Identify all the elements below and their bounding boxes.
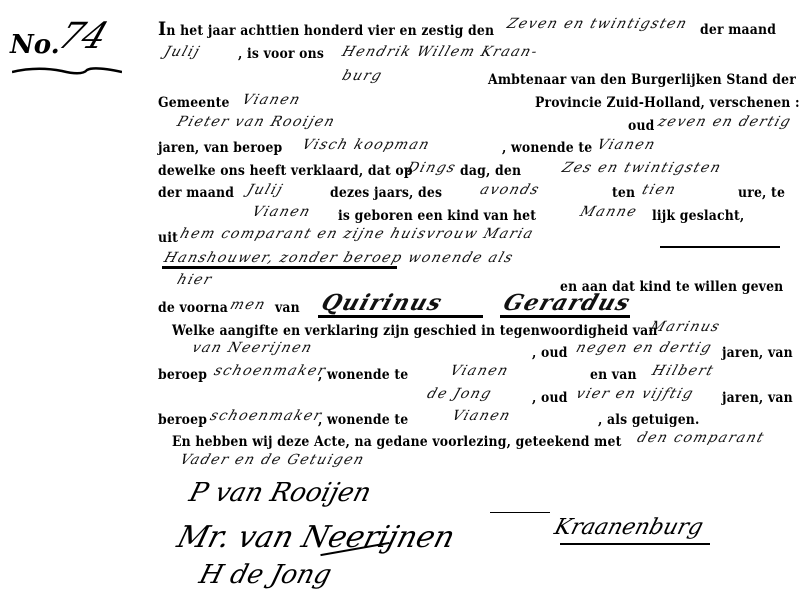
printed-oud-2: , oud	[532, 345, 568, 361]
printed-ten: ten	[612, 185, 635, 201]
hand-child-first-name: Quirinus	[318, 290, 446, 316]
hand-birth-place: Vianen	[250, 204, 313, 220]
printed-beroep-2: beroep	[158, 412, 207, 428]
hand-name-suffix: men	[228, 297, 268, 313]
printed-dezes-jaars: dezes jaars, des	[330, 185, 442, 201]
record-number-value: 74	[53, 16, 114, 57]
printed-en-hebben: En hebben wij deze Acte, na gedane voorl…	[172, 434, 622, 450]
printed-de-voorna: de voorna	[158, 300, 228, 316]
printed-oud-3: , oud	[532, 390, 568, 406]
hand-signed-with-1: den comparant	[635, 430, 767, 446]
hand-weekday: Dings	[405, 160, 459, 176]
underline-child-second	[500, 315, 630, 318]
flourish-icon	[12, 64, 122, 78]
hand-witness1-residence: Vianen	[448, 363, 511, 379]
hand-municipality: Vianen	[240, 92, 303, 108]
hand-official-name: Hendrik Willem Kraan-	[340, 44, 540, 60]
hand-witness2-residence: Vianen	[450, 408, 513, 424]
hand-witness2-age: vier en vijftig	[574, 386, 696, 402]
printed-beroep-1: beroep	[158, 367, 207, 383]
signature-father: P van Rooijen	[186, 478, 374, 508]
hand-signed-with-2: Vader en de Getuigen	[178, 452, 367, 468]
hand-day-text: Zeven en twintigsten	[505, 16, 690, 32]
printed-voor-ons: , is voor ons	[238, 46, 324, 62]
printed-jaren-beroep: jaren, van beroep	[158, 140, 282, 156]
printed-line-1: In het jaar achttien honderd vier en zes…	[158, 18, 494, 40]
hand-mother-line-1: hem comparant en zijne huisvrouw Maria	[178, 226, 536, 242]
hand-mother-line-2: Hanshouwer, zonder beroep wonende als	[162, 250, 516, 266]
printed-als-getuigen: , als getuigen.	[598, 412, 700, 428]
signature-witness-2: H de Jong	[196, 560, 335, 590]
underline-child-first	[318, 315, 483, 318]
hand-witness2-name-1: Hilbert	[650, 363, 716, 379]
signature-official: Kraanenburg	[552, 515, 706, 540]
hand-official-name-2: burg	[340, 68, 385, 84]
printed-welke-aangifte: Welke aangifte en verklaring zijn geschi…	[172, 323, 658, 339]
hand-witness1-name-1: Marinus	[648, 319, 723, 335]
printed-oud-1: oud	[628, 118, 655, 134]
hand-father-occupation: Visch koopman	[300, 137, 432, 153]
printed-wonende-te-3: , wonende te	[318, 412, 408, 428]
printed-en-van: en van	[590, 367, 637, 383]
printed-is-geboren: is geboren een kind van het	[338, 208, 536, 224]
printed-gemeente: Gemeente	[158, 95, 230, 111]
hand-father-age: zeven en dertig	[656, 114, 794, 130]
hand-witness1-occupation: schoenmaker	[212, 363, 329, 379]
signature-witness-1: Mr. van Neerijnen	[173, 520, 458, 555]
hand-witness2-name-2: de Jong	[425, 386, 494, 402]
printed-ure-te: ure, te	[738, 185, 785, 201]
printed-dag-den: dag, den	[460, 163, 521, 179]
printed-wonende-te-2: , wonende te	[318, 367, 408, 383]
printed-lijk-geslacht: lijk geslacht,	[652, 208, 744, 224]
underline-mother-surname	[162, 266, 397, 269]
printed-wonende-te-1: , wonende te	[502, 140, 592, 156]
signature-official-underline	[560, 543, 710, 545]
printed-uit: uit	[158, 230, 178, 246]
hand-time-of-day: avonds	[478, 182, 542, 198]
printed-der-maand: der maand	[700, 22, 776, 38]
hand-month-1: Julij	[162, 44, 203, 60]
printed-jaren-van-2: jaren, van	[722, 390, 793, 406]
hand-month-2: Julij	[245, 182, 286, 198]
drop-initial: I	[158, 18, 166, 40]
hand-father-residence: Vianen	[595, 137, 658, 153]
printed-der-maand-2: der maand	[158, 185, 234, 201]
hand-witness1-name-2: van Neerijnen	[190, 340, 315, 356]
hand-sex: Manne	[578, 204, 640, 220]
hand-mother-line-3: hier	[175, 272, 215, 288]
printed-ambtenaar: Ambtenaar van den Burgerlijken Stand der	[488, 72, 796, 88]
hand-witness1-age: negen en dertig	[574, 340, 714, 356]
hand-witness2-occupation: schoenmaker	[208, 408, 325, 424]
printed-jaren-van-1: jaren, van	[722, 345, 793, 361]
printed-dewelke: dewelke ons heeft verklaard, dat op	[158, 163, 413, 179]
hand-birth-date: Zes en twintigsten	[560, 160, 724, 176]
hand-father-name: Pieter van Rooijen	[175, 114, 338, 130]
printed-text: n het jaar achttien honderd vier en zest…	[166, 23, 494, 39]
hand-child-second-name: Gerardus	[500, 290, 634, 316]
hand-hour: tien	[640, 182, 679, 198]
underline-mother-name	[660, 246, 780, 248]
printed-provincie: Provincie Zuid-Holland, verschenen :	[535, 95, 800, 111]
signature-flourish-line	[490, 512, 550, 513]
printed-van-1: van	[275, 300, 300, 316]
